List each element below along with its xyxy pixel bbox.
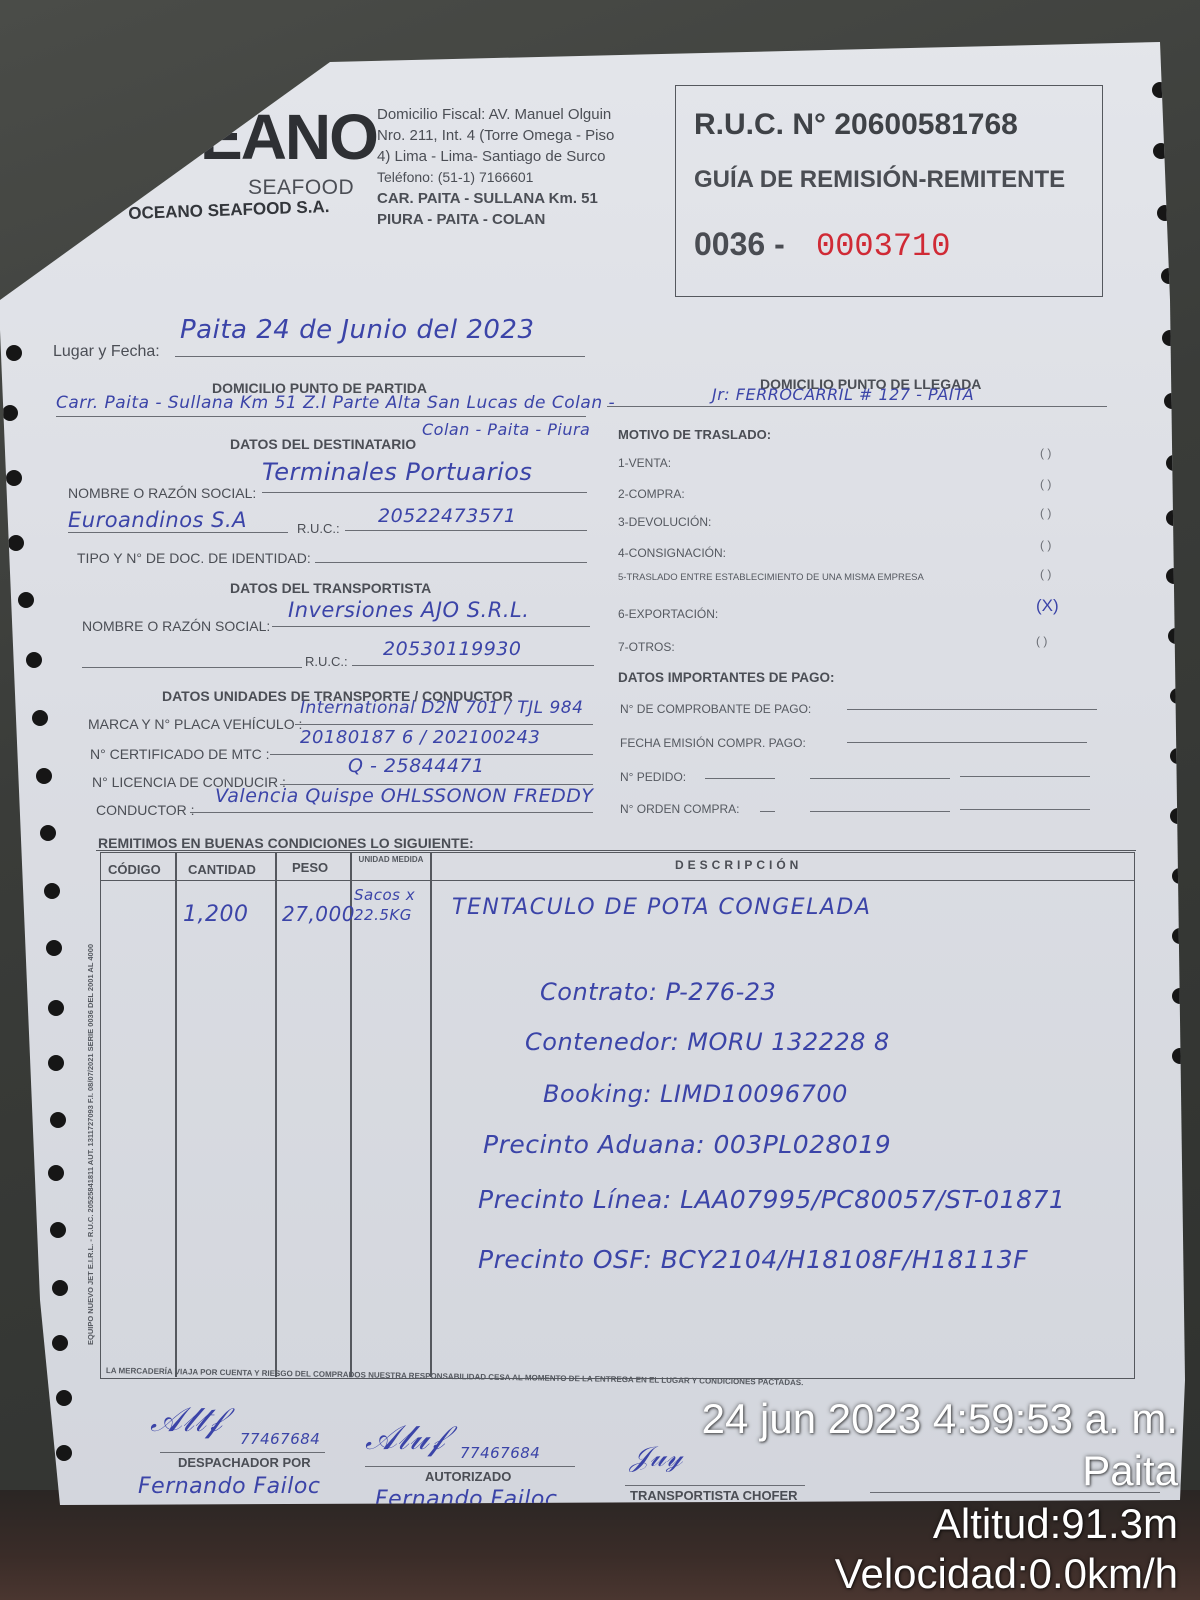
overlay-altitude: Altitud:91.3m	[933, 1500, 1178, 1548]
signature-number: 77467684	[460, 1444, 540, 1462]
address-line: Nro. 211, Int. 4 (Torre Omega - Piso	[377, 125, 614, 146]
destinatario-ruc-value: 20522473571	[378, 505, 516, 527]
cell-descripcion: TENTACULO DE POTA CONGELADA	[452, 895, 871, 920]
signature-scribble: 𝒥𝓊𝓎	[630, 1440, 683, 1474]
mtc-label: N° CERTIFICADO DE MTC :	[90, 746, 270, 762]
conductor-label: CONDUCTOR :	[96, 802, 195, 818]
marca-value: International D2N 701 / TJL 984	[300, 698, 583, 718]
motivo-option-label: 4-CONSIGNACIÓN:	[618, 546, 726, 560]
signature-label: DESPACHADOR POR	[178, 1455, 311, 1470]
destinatario-nombre-label: NOMBRE O RAZÓN SOCIAL:	[68, 485, 256, 501]
address-line: Domicilio Fiscal: AV. Manuel Olguin	[377, 104, 614, 125]
motivo-checkbox-venta[interactable]: ( )	[1040, 446, 1051, 460]
printer-side-note: EQUIPO NUEVO JET E.I.R.L. - R.U.C. 20525…	[86, 944, 95, 1345]
column-codigo: CÓDIGO	[108, 862, 161, 877]
llegada-value: Jr: FERROCARRIL # 127 - PAITA	[712, 385, 974, 404]
overlay-speed: Velocidad:0.0km/h	[835, 1550, 1178, 1598]
document-type: GUÍA DE REMISIÓN-REMITENTE	[694, 166, 1065, 194]
pago-header: DATOS IMPORTANTES DE PAGO:	[618, 670, 835, 685]
detail-precinto-aduana: Precinto Aduana: 003PL028019	[483, 1130, 891, 1159]
transportista-nombre-value: Inversiones AJO S.R.L.	[288, 598, 529, 622]
motivo-option-label: 5-TRASLADO ENTRE ESTABLECIMIENTO DE UNA …	[618, 572, 924, 583]
signature-scribble: 𝒜𝓁𝓉𝒻	[150, 1400, 222, 1440]
transportista-ruc-value: 20530119930	[383, 638, 521, 660]
motivo-option-label: 2-COMPRA:	[618, 487, 685, 501]
detail-booking: Booking: LIMD10096700	[543, 1080, 848, 1108]
phone-line: Teléfono: (51-1) 7166601	[377, 167, 614, 188]
motivo-checkbox-exportacion-checked[interactable]: (X)	[1036, 596, 1059, 616]
motivo-option-label: 3-DEVOLUCIÓN:	[618, 515, 711, 529]
licencia-value: Q - 25844471	[348, 755, 485, 777]
partida-value-2: Colan - Paita - Piura	[422, 420, 590, 439]
destinatario-nombre-value: Terminales Portuarios	[262, 458, 532, 486]
signature-label: TRANSPORTISTA CHOFER	[630, 1488, 798, 1503]
lugar-fecha-value: Paita 24 de Junio del 2023	[180, 315, 535, 345]
column-peso: PESO	[292, 860, 328, 875]
signature-name: Fernando Failoc	[138, 1474, 320, 1499]
motivo-option-label: 7-OTROS:	[618, 640, 675, 654]
motivo-checkbox-consignacion[interactable]: ( )	[1040, 538, 1051, 552]
mtc-value: 20180187 6 / 202100243	[300, 727, 540, 748]
cell-peso: 27,000	[282, 902, 355, 926]
items-table	[100, 852, 1135, 1379]
pago-comprobante-label: N° DE COMPROBANTE DE PAGO:	[620, 702, 811, 716]
marca-label: MARCA Y N° PLACA VEHÍCULO :	[88, 716, 302, 732]
pago-pedido-label: N° PEDIDO:	[620, 770, 686, 784]
destinatario-ruc-label: R.U.C.:	[297, 521, 340, 536]
motivo-option-label: 6-EXPORTACIÓN:	[618, 607, 718, 621]
company-logo-sub: SEAFOOD	[248, 176, 354, 200]
motivo-option-label: 1-VENTA:	[618, 456, 671, 470]
cell-unidad: Sacos x 22.5KG	[354, 885, 428, 925]
detail-contrato: Contrato: P-276-23	[540, 978, 776, 1006]
pago-orden-label: N° ORDEN COMPRA:	[620, 802, 739, 816]
signature-label: AUTORIZADO	[425, 1469, 511, 1484]
transportista-ruc-label: R.U.C.:	[305, 654, 348, 669]
document-series: 0036 -	[694, 226, 785, 263]
remission-guide-document: EANO SEAFOOD OCEANO SEAFOOD S.A. Domicil…	[0, 0, 1200, 1600]
detail-precinto-linea: Precinto Línea: LAA07995/PC80057/ST-0187…	[478, 1185, 1065, 1214]
lugar-fecha-label: Lugar y Fecha:	[53, 343, 160, 361]
signature-number: 77467684	[240, 1430, 320, 1448]
column-unidad: UNIDAD MEDIDA	[356, 855, 426, 865]
detail-contenedor: Contenedor: MORU 132228 8	[525, 1028, 890, 1056]
destinatario-doc-label: TIPO Y N° DE DOC. DE IDENTIDAD:	[77, 550, 311, 566]
items-header: REMITIMOS EN BUENAS CONDICIONES LO SIGUI…	[98, 835, 474, 851]
motivo-header: MOTIVO DE TRASLADO:	[618, 427, 771, 442]
detail-precinto-osf: Precinto OSF: BCY2104/H18108F/H18113F	[478, 1245, 1028, 1274]
cell-cantidad: 1,200	[183, 902, 248, 927]
column-cantidad: CANTIDAD	[188, 862, 256, 877]
column-descripcion: DESCRIPCIÓN	[675, 858, 802, 872]
destinatario-nombre-value-2: Euroandinos S.A	[68, 508, 247, 532]
address-line: 4) Lima - Lima- Santiago de Surco	[377, 146, 614, 167]
transportista-header: DATOS DEL TRANSPORTISTA	[230, 580, 431, 596]
document-number: 0003710	[816, 228, 950, 265]
motivo-checkbox-devolucion[interactable]: ( )	[1040, 506, 1051, 520]
ruc-document-box: R.U.C. N° 20600581768 GUÍA DE REMISIÓN-R…	[675, 85, 1103, 297]
motivo-checkbox-otros[interactable]: ( )	[1036, 634, 1047, 648]
transportista-nombre-label: NOMBRE O RAZÓN SOCIAL:	[82, 618, 270, 634]
partida-value: Carr. Paita - Sullana Km 51 Z.I Parte Al…	[56, 393, 615, 413]
address-line: CAR. PAITA - SULLANA Km. 51	[377, 188, 614, 209]
motivo-checkbox-compra[interactable]: ( )	[1040, 477, 1051, 491]
overlay-datetime: 24 jun 2023 4:59:53 a. m.	[702, 1395, 1178, 1443]
pago-fecha-label: FECHA EMISIÓN COMPR. PAGO:	[620, 736, 806, 750]
conductor-value: Valencia Quispe OHLSSONON FREDDY	[215, 785, 593, 807]
motivo-checkbox-traslado[interactable]: ( )	[1040, 567, 1051, 581]
overlay-location: Paita	[1082, 1447, 1178, 1495]
signature-scribble: 𝒜𝓁𝓊𝒻	[365, 1418, 445, 1458]
address-line: PIURA - PAITA - COLAN	[377, 209, 614, 230]
company-legal-name: OCEANO SEAFOOD S.A.	[128, 197, 330, 224]
ruc-number: R.U.C. N° 20600581768	[694, 108, 1018, 142]
destinatario-header: DATOS DEL DESTINATARIO	[230, 436, 416, 452]
company-address-block: Domicilio Fiscal: AV. Manuel Olguin Nro.…	[377, 104, 614, 230]
